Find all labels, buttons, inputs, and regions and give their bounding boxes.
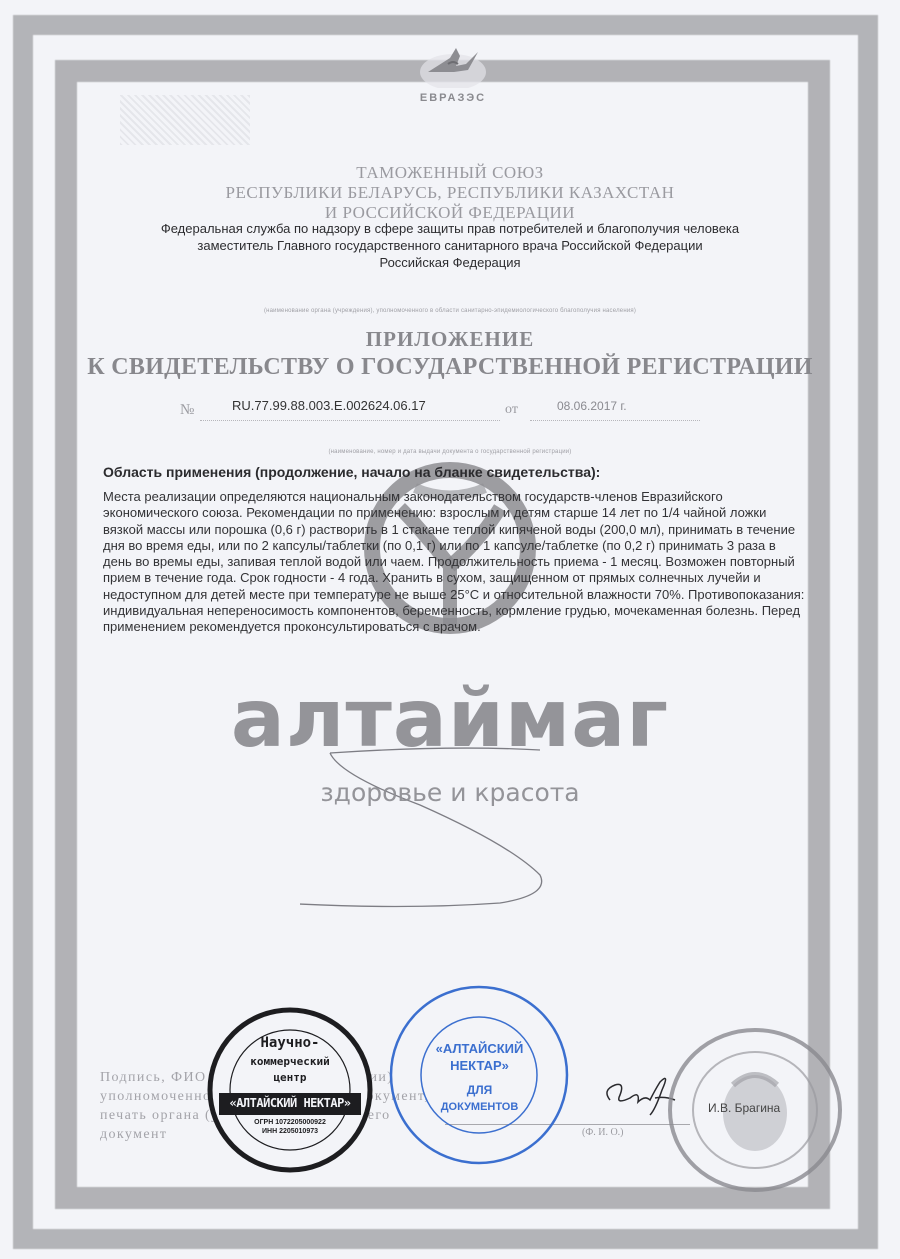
company-stamp-blue: «АЛТАЙСКИЙ НЕКТАР» ДЛЯ ДОКУМЕНТОВ (387, 983, 572, 1168)
stamp-line-2: коммерческий (205, 1055, 375, 1068)
number-label: № (180, 402, 194, 419)
stamp-ogrn: ОГРН 1072205000922 (205, 1119, 375, 1126)
stamp-line-3: центр (205, 1071, 375, 1084)
union-title-line-2: РЕСПУБЛИКИ БЕЛАРУСЬ, РЕСПУБЛИКИ КАЗАХСТА… (0, 182, 900, 203)
registration-number: RU.77.99.88.003.Е.002624.06.17 (232, 398, 426, 413)
blue-stamp-purpose-2: ДОКУМЕНТОВ (387, 1101, 572, 1113)
company-stamp-black: Научно- коммерческий центр «АЛТАЙСКИЙ НЕ… (205, 1005, 375, 1175)
authority-line-1: Федеральная служба по надзору в сфере за… (0, 221, 900, 237)
authority-line-3: Российская Федерация (0, 255, 900, 271)
date-underline (530, 420, 700, 421)
watermark-brand: алтаймаг (0, 672, 900, 765)
authority-line-2: заместитель Главного государственного са… (0, 238, 900, 254)
union-title-line-1: ТАМОЖЕННЫЙ СОЮЗ (0, 162, 900, 183)
blue-stamp-name-2: НЕКТАР» (387, 1058, 572, 1073)
authority-caption: (наименование органа (учреждения), уполн… (0, 308, 900, 314)
stamp-inn: ИНН 2205010973 (205, 1128, 375, 1135)
round-stamp-icon (205, 1005, 375, 1175)
blue-stamp-purpose-1: ДЛЯ (387, 1083, 572, 1097)
round-stamp-icon (387, 983, 572, 1168)
stamp-line-1: Научно- (205, 1035, 375, 1051)
number-underline (200, 420, 500, 421)
union-title-line-3: И РОССИЙСКОЙ ФЕДЕРАЦИИ (0, 202, 900, 223)
stamp-company-name: «АЛТАЙСКИЙ НЕКТАР» (205, 1096, 375, 1110)
scope-title: Область применения (продолжение, начало … (103, 464, 600, 480)
scope-text: Места реализации определяются национальн… (103, 489, 808, 636)
document-subtitle: К СВИДЕТЕЛЬСТВУ О ГОСУДАРСТВЕННОЙ РЕГИСТ… (0, 354, 900, 381)
eurasec-emblem: ЕВРАЗЭС (398, 38, 508, 104)
watermark-tagline: здоровье и красота (0, 778, 900, 807)
document-title: ПРИЛОЖЕНИЕ (0, 327, 900, 352)
signer-name: И.В. Брагина (708, 1101, 780, 1115)
eurasec-emblem-icon (420, 42, 486, 88)
blue-stamp-name-1: «АЛТАЙСКИЙ (387, 1041, 572, 1056)
registration-date: 08.06.2017 г. (557, 399, 627, 413)
faded-corner-mark (120, 95, 250, 145)
signature-stroke (300, 745, 560, 915)
fio-caption: (Ф. И. О.) (582, 1127, 624, 1138)
document-content: ЕВРАЗЭС ТАМОЖЕННЫЙ СОЮЗ РЕСПУБЛИКИ БЕЛАР… (0, 0, 900, 1259)
eurasec-label: ЕВРАЗЭС (420, 92, 486, 104)
registration-row: № RU.77.99.88.003.Е.002624.06.17 от 08.0… (0, 398, 900, 424)
from-label: от (505, 402, 518, 418)
